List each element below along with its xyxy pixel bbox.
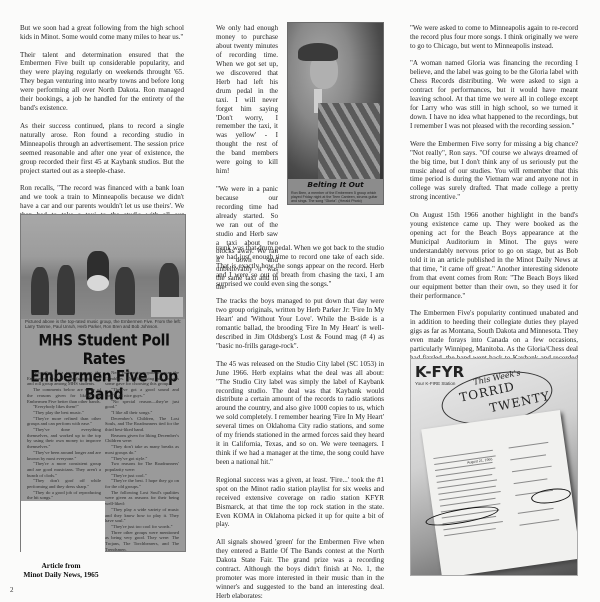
band-member-figure bbox=[57, 265, 75, 315]
chart-entry-line bbox=[518, 508, 554, 514]
clipping-paragraph: "They don't take as many breaks as most … bbox=[105, 444, 179, 455]
clipping-column-right: Next in line in popularity was the Gambl… bbox=[105, 370, 179, 553]
page-number: 2 bbox=[10, 586, 14, 594]
photo-title: Belting It Out bbox=[288, 180, 383, 189]
chart-entry-line bbox=[509, 442, 549, 449]
band-photo bbox=[21, 215, 185, 319]
photo-caption: Pictured above is the top-rated music gr… bbox=[25, 319, 181, 329]
bass-drum bbox=[87, 275, 109, 291]
striped-shirt bbox=[318, 103, 380, 179]
clipping-paragraph: According to a recent survey, the Emberm… bbox=[27, 370, 101, 387]
singer-hair bbox=[298, 43, 338, 61]
belting-it-out-photo: Belting It Out Ron Bren, a member of the… bbox=[287, 22, 384, 205]
paragraph: Were the Embermen Five sorry for missing… bbox=[410, 140, 578, 203]
amplifier bbox=[151, 297, 183, 317]
chart-entry-line bbox=[512, 466, 552, 473]
singer-photo bbox=[288, 23, 383, 179]
clipping-paragraph: December's Children, The Lost Souls, and… bbox=[105, 416, 179, 433]
paragraph: trunk was that drum pedal. When we got b… bbox=[216, 244, 384, 289]
band-member-figure bbox=[115, 267, 135, 315]
paragraph: We only had enough money to purchase abo… bbox=[216, 24, 278, 176]
clipping-paragraph: Next in line in popularity was the Gambl… bbox=[105, 370, 179, 387]
credit-line: Article from bbox=[22, 561, 100, 570]
article-credit: Article from Minot Daily News, 1965 bbox=[22, 561, 100, 580]
paragraph: As their success continued, plans to rec… bbox=[20, 122, 184, 176]
paragraph: "A woman named Gloria was financing the … bbox=[410, 59, 578, 131]
station-slogan: Your K-FIRE Station bbox=[415, 381, 455, 386]
paragraph: But we soon had a great following from t… bbox=[20, 24, 184, 42]
clipping-paragraph: "They're just too cool for words." bbox=[105, 524, 179, 530]
paragraph: Regional success was a given, at least. … bbox=[216, 476, 384, 530]
column-3-text: "We were asked to come to Minneapolis ag… bbox=[410, 24, 578, 380]
chart-entry-line bbox=[510, 454, 546, 460]
clipping-paragraph: "They're the best. I hope they go on for… bbox=[105, 478, 179, 489]
paragraph: The 45 was released on the Studio City l… bbox=[216, 360, 384, 467]
clipping-paragraph: Two reasons for The Roadrunners' popular… bbox=[105, 461, 179, 472]
clipping-paragraph: "They've been around longer and are know… bbox=[27, 450, 101, 461]
clipping-paragraph: "They do a good job of reproducing the h… bbox=[27, 490, 101, 501]
column-2-wide-text: trunk was that drum pedal. When we got b… bbox=[216, 244, 384, 602]
clipping-paragraph: The comments below are some of the reaso… bbox=[27, 387, 101, 404]
clipping-paragraph: "They play a wide variety of music and t… bbox=[105, 507, 179, 524]
paragraph: On August 15th 1966 another highlight in… bbox=[410, 211, 578, 301]
torrid-twenty-chart-photo: K-FYR Your K-FIRE Station This Week's TO… bbox=[410, 358, 578, 576]
column-1-text: But we soon had a great following from t… bbox=[20, 24, 184, 237]
clipping-paragraph: "They don't goof off while performing an… bbox=[27, 478, 101, 489]
clipping-paragraph: The following Lost Soul's qualities were… bbox=[105, 490, 179, 507]
chart-entry-line bbox=[514, 478, 548, 484]
paragraph: The tracks the boys managed to put down … bbox=[216, 297, 384, 351]
photo-caption: Ron Bren, a member of the Embermen 5 gro… bbox=[291, 191, 380, 204]
band-member-figure bbox=[31, 267, 49, 315]
clipping-column-left: According to a recent survey, the Emberm… bbox=[27, 370, 101, 507]
paragraph: Their talent and determination ensured t… bbox=[20, 51, 184, 114]
clipping-paragraph: "They're more refined than other groups … bbox=[27, 416, 101, 427]
headline-line: MHS Student Poll Rates bbox=[25, 333, 183, 369]
clipping-paragraph: "No special reason—they're just good." bbox=[105, 399, 179, 410]
chart-entry-line bbox=[519, 519, 559, 526]
newspaper-clipping: Pictured above is the top-rated music gr… bbox=[20, 214, 186, 552]
clipping-paragraph: "They've done everything themselves, and… bbox=[27, 427, 101, 450]
station-logo: K-FYR bbox=[415, 363, 464, 381]
clipping-paragraph: "They've got a good sound and they're al… bbox=[105, 387, 179, 398]
clipping-paragraph: "They're a more consistent group and are… bbox=[27, 461, 101, 478]
clipping-cutout bbox=[21, 501, 105, 553]
clipping-paragraph: Three other groups were mentioned as bei… bbox=[105, 530, 179, 553]
clipping-paragraph: Reasons given for liking December's Chil… bbox=[105, 433, 179, 444]
paragraph: All signals showed 'green' for the Ember… bbox=[216, 538, 384, 601]
credit-line: Minot Daily News, 1965 bbox=[22, 570, 100, 579]
paragraph: "We were asked to come to Minneapolis ag… bbox=[410, 24, 578, 51]
